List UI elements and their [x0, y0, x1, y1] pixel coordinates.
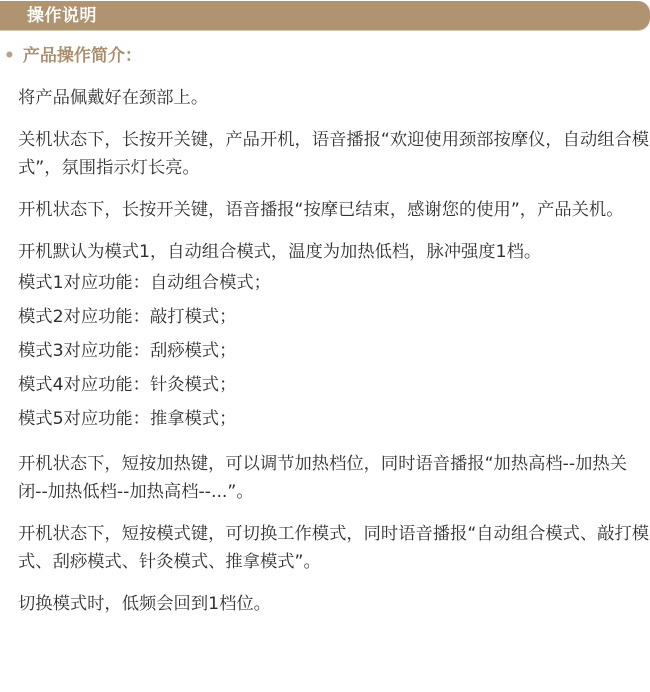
paragraph-switch-note: 切换模式时，低频会回到1档位。: [18, 590, 650, 618]
bullet-icon: •: [4, 44, 15, 68]
paragraph-mode-key: 开机状态下，短按模式键，可切换工作模式，同时语音播报“自动组合模式、敲打模式、刮…: [18, 520, 650, 576]
header-bar: 操作说明: [0, 1, 650, 30]
paragraph-power-on: 关机状态下，长按开关键，产品开机，语音播报“欢迎使用颈部按摩仪，自动组合模式”，…: [18, 126, 650, 182]
mode-item: 模式1对应功能：自动组合模式；: [18, 266, 650, 300]
paragraph-power-off: 开机状态下，长按开关键，语音播报“按摩已结束，感谢您的使用”，产品关机。: [18, 196, 650, 224]
paragraph-heat-key: 开机状态下，短按加热键，可以调节加热档位，同时语音播报“加热高档--加热关闭--…: [18, 450, 650, 506]
mode-item: 模式3对应功能：刮痧模式；: [18, 334, 650, 368]
mode-list: 模式1对应功能：自动组合模式； 模式2对应功能：敲打模式； 模式3对应功能：刮痧…: [18, 266, 650, 436]
mode-item: 模式4对应功能：针灸模式；: [18, 368, 650, 402]
section-heading-text: 产品操作简介：: [23, 46, 142, 66]
mode-item: 模式5对应功能：推拿模式；: [18, 402, 650, 436]
paragraph-wear: 将产品佩戴好在颈部上。: [18, 84, 650, 112]
paragraph-default-mode: 开机默认为模式1，自动组合模式，温度为加热低档，脉冲强度1档。: [18, 238, 650, 266]
mode-item: 模式2对应功能：敲打模式；: [18, 300, 650, 334]
content-body: 将产品佩戴好在颈部上。 关机状态下，长按开关键，产品开机，语音播报“欢迎使用颈部…: [18, 84, 650, 632]
header-title: 操作说明: [27, 5, 97, 27]
section-heading: •产品操作简介：: [4, 44, 142, 68]
